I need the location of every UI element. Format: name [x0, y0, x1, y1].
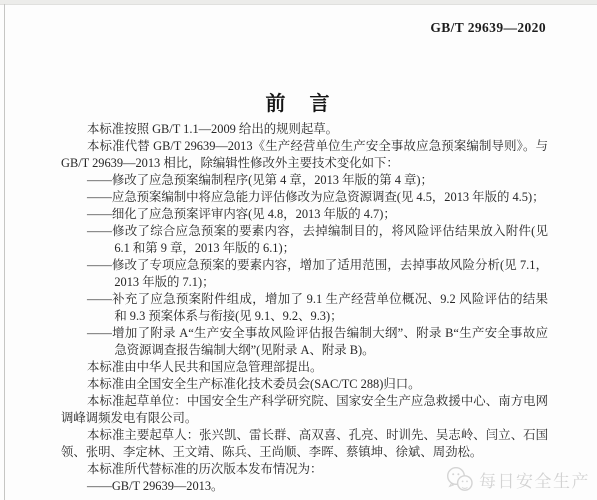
scan-top-edge — [0, 0, 597, 5]
page-title: 前 言 — [0, 87, 597, 116]
document-page: GB/T 29639—2020 前 言 本标准按照 GB/T 1.1—2009 … — [0, 0, 597, 500]
foreword-body: 本标准按照 GB/T 1.1—2009 给出的规则起草。 本标准代替 GB/T … — [61, 121, 548, 495]
foreword-paragraph: 本标准代替 GB/T 29639—2013《生产经营单位生产安全事故应急预案编制… — [61, 138, 548, 172]
watermark-label: 每日安全生产 — [479, 467, 590, 492]
change-item: ——增加了附录 A“生产安全事故风险评估报告编制大纲”、附录 B“生产安全事故应… — [61, 325, 548, 359]
scan-left-edge — [4, 4, 5, 500]
foreword-paragraph: 本标准按照 GB/T 1.1—2009 给出的规则起草。 — [61, 121, 548, 138]
standard-number: GB/T 29639—2020 — [430, 20, 546, 36]
watermark: 每日安全生产 — [445, 466, 590, 493]
wechat-icon — [445, 466, 475, 493]
change-item: ——修改了专项应急预案的要素内容，增加了适用范围，去掉事故风险分析(见 7.1，… — [61, 257, 548, 291]
change-item: ——修改了综合应急预案的要素内容，去掉编制目的，将风险评估结果放入附件(见 6.… — [61, 223, 548, 257]
foreword-paragraph: 本标准起草单位：中国安全生产科学研究院、国家安全生产应急救援中心、南方电网调峰调… — [61, 393, 548, 427]
change-item: ——补充了应急预案附件组成，增加了 9.1 生产经营单位概况、9.2 风险评估的… — [61, 291, 548, 325]
foreword-paragraph: 本标准由中华人民共和国应急管理部提出。 — [61, 359, 548, 376]
change-item: ——细化了应急预案评审内容(见 4.8，2013 年版的 4.7)； — [61, 206, 548, 223]
change-item: ——修改了应急预案编制程序(见第 4 章，2013 年版的第 4 章)； — [61, 172, 548, 189]
foreword-paragraph: 本标准由全国安全生产标准化技术委员会(SAC/TC 288)归口。 — [61, 376, 548, 393]
change-item: ——应急预案编制中将应急能力评估修改为应急资源调查(见 4.5，2013 年版的… — [61, 189, 548, 206]
foreword-paragraph: 本标准主要起草人：张兴凯、雷长群、高双喜、孔亮、时训先、吴志岭、闫立、石国领、张… — [61, 427, 548, 461]
